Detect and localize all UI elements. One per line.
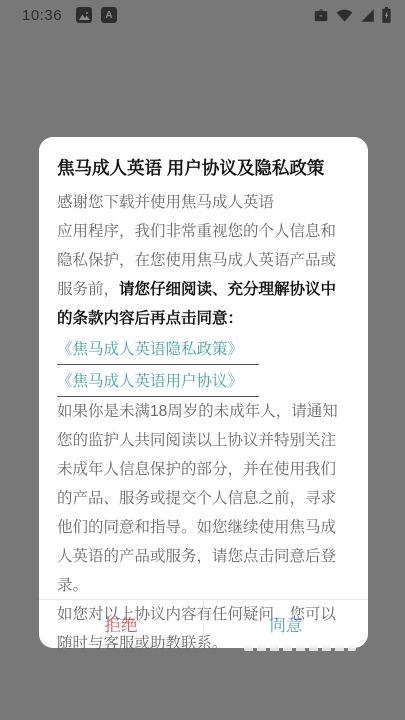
- user-agreement-link[interactable]: 《焦马成人英语用户协议》: [57, 368, 259, 397]
- dialog-body: 感谢您下载并使用焦马成人英语 应用程序，我们非常重视您的个人信息和隐私保护，在您…: [39, 186, 368, 658]
- notification-icons: A: [76, 7, 117, 23]
- wifi-icon: [336, 8, 353, 22]
- dialog-title: 焦马成人英语 用户协议及隐私政策: [39, 137, 368, 186]
- privacy-policy-link[interactable]: 《焦马成人英语隐私政策》: [57, 336, 259, 365]
- signal-icon: [360, 8, 375, 23]
- photo-icon: [76, 7, 92, 23]
- intro-paragraph: 感谢您下载并使用焦马成人英语 应用程序，我们非常重视您的个人信息和隐私保护，在您…: [57, 188, 350, 333]
- minor-notice-paragraph: 如果你是未满18周岁的未成年人，请通知您的监护人共同阅读以上协议并特别关注未成年…: [57, 397, 350, 600]
- intro-line1: 感谢您下载并使用焦马成人英语: [57, 194, 274, 211]
- status-bar: 10:36 A: [0, 0, 405, 30]
- system-status-icons: [313, 7, 391, 23]
- briefcase-icon: [313, 8, 329, 23]
- dialog-footer: 拒绝 同意: [39, 599, 368, 648]
- letter-a-icon: A: [101, 7, 117, 23]
- agree-button[interactable]: 同意: [203, 600, 368, 648]
- status-time: 10:36: [22, 7, 62, 24]
- agreement-dialog: 焦马成人英语 用户协议及隐私政策 感谢您下载并使用焦马成人英语 应用程序，我们非…: [39, 137, 368, 648]
- battery-icon: [382, 7, 391, 23]
- reject-button[interactable]: 拒绝: [39, 600, 203, 648]
